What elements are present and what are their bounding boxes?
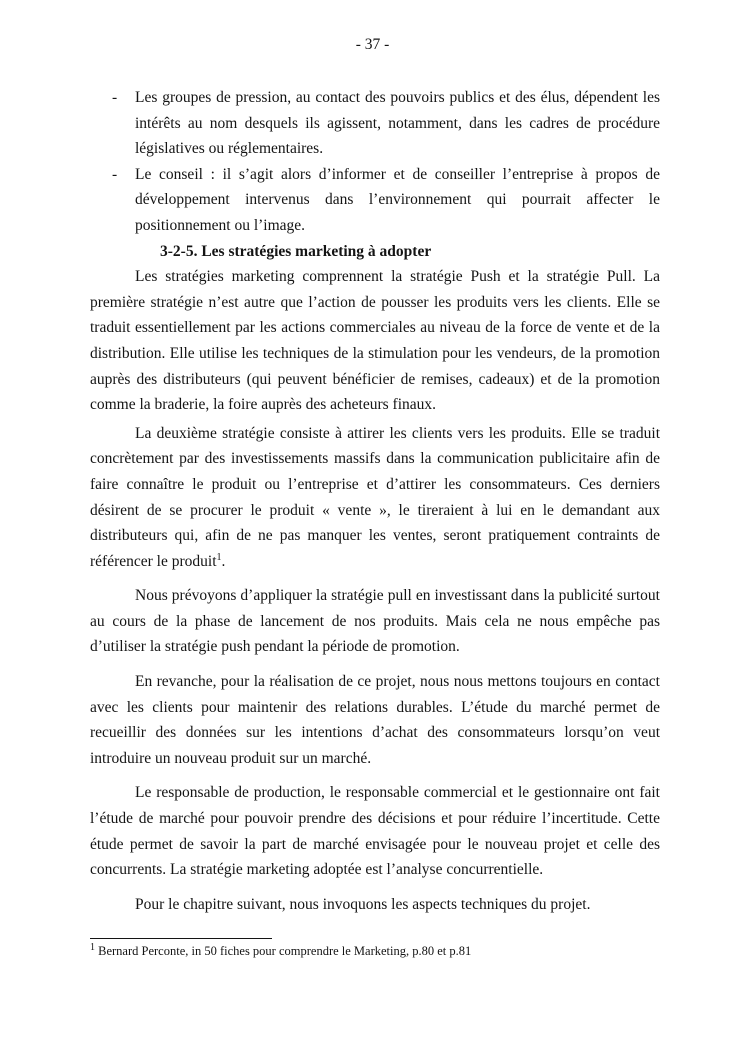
footnote-text: Bernard Perconte, in 50 fiches pour comp… [95, 944, 471, 958]
list-item-text: Les groupes de pression, au contact des … [135, 89, 660, 157]
paragraph-text: La deuxième stratégie consiste à attirer… [90, 425, 660, 570]
footnote-separator [90, 938, 272, 939]
bullet-dash: - [112, 162, 117, 188]
footnote: 1 Bernard Perconte, in 50 fiches pour co… [90, 943, 660, 959]
list-item: - Les groupes de pression, au contact de… [90, 85, 660, 162]
footnote-area: 1 Bernard Perconte, in 50 fiches pour co… [90, 938, 660, 959]
bullet-dash: - [112, 85, 117, 111]
page-number: - 37 - [0, 0, 745, 53]
section-heading: 3-2-5. Les stratégies marketing à adopte… [160, 239, 660, 265]
paragraph-pull-strategy: La deuxième stratégie consiste à attirer… [90, 421, 660, 575]
paragraph-client-relations: En revanche, pour la réalisation de ce p… [90, 669, 660, 771]
paragraph-market-study: Le responsable de production, le respons… [90, 780, 660, 882]
document-page: - 37 - - Les groupes de pression, au con… [0, 0, 745, 1053]
paragraph-pull-application: Nous prévoyons d’appliquer la stratégie … [90, 583, 660, 660]
list-item: - Le conseil : il s’agit alors d’informe… [90, 162, 660, 239]
list-item-text: Le conseil : il s’agit alors d’informer … [135, 166, 660, 234]
paragraph-text: . [222, 553, 226, 570]
page-content: - Les groupes de pression, au contact de… [90, 85, 660, 917]
paragraph-push-strategy: Les stratégies marketing comprennent la … [90, 264, 660, 418]
paragraph-next-chapter: Pour le chapitre suivant, nous invoquons… [90, 892, 660, 918]
